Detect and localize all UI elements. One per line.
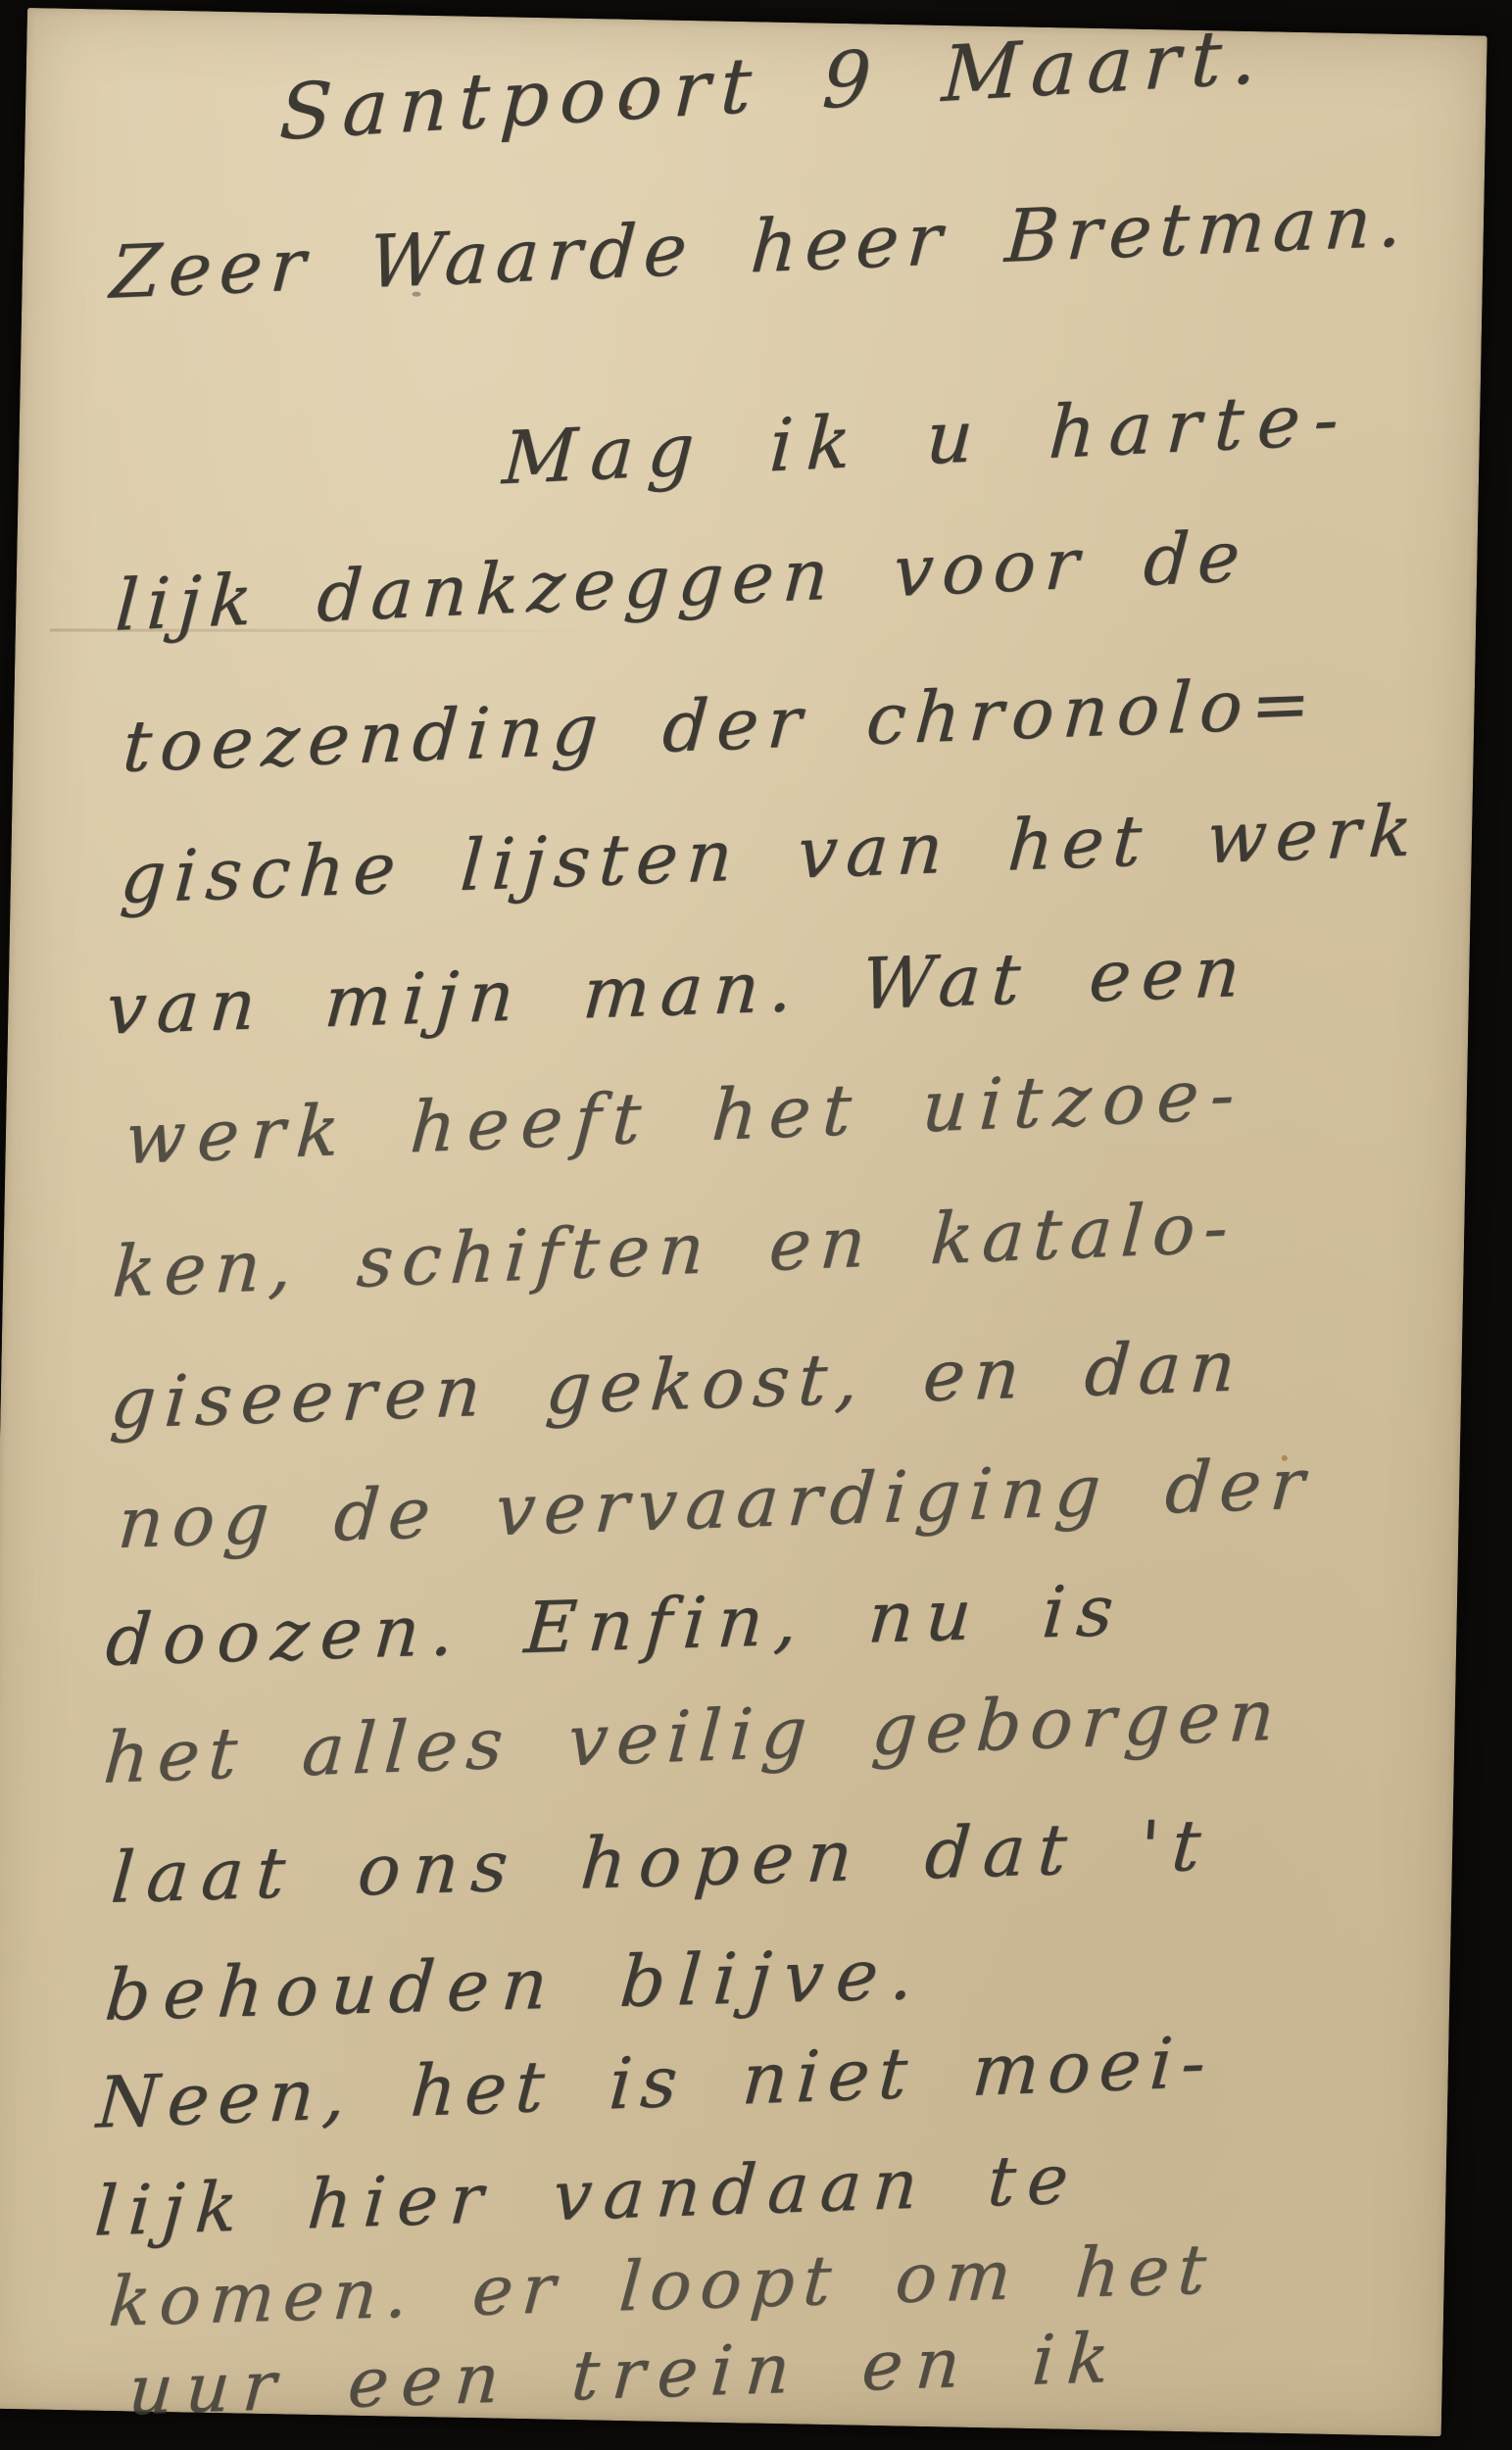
letter-line: gische lijsten van het werk [118,789,1423,919]
scan-background: Santpoort 9 Maart. Zeer Waarde heer Bret… [0,0,1512,2450]
letter-date-line: Santpoort 9 Maart. [277,12,1269,158]
letter-salutation: Zeer Waarde heer Bretman. [108,178,1412,316]
letter-line: toezending der chronolo= [121,661,1322,788]
letter-line: werk heeft het uitzoe- [122,1053,1248,1180]
letter-line: ken, schiften en katalo- [110,1186,1239,1313]
letter-line: het alles veilig geborgen [101,1673,1286,1798]
letter-line: behouden blijve. [102,1933,929,2036]
letter-line: lijk dankzeggen voor de [114,514,1251,647]
letter-line: giseeren gekost, en dan [108,1324,1247,1445]
letter-line: van mijn man. Wat een [104,930,1254,1051]
letter-line: laat ons hopen dat 't [109,1803,1216,1919]
letter-line: Neen, het is niet moei- [94,2021,1216,2144]
letter-line: Mag ik u harte- [500,376,1354,501]
letter-line: doozen. Enfin, nu is [103,1569,1128,1682]
letter-paper: Santpoort 9 Maart. Zeer Waarde heer Bret… [0,8,1488,2436]
letter-line: nog de vervaardiging der [116,1442,1316,1564]
letter-line: lijk hier vandaan te [92,2138,1083,2252]
